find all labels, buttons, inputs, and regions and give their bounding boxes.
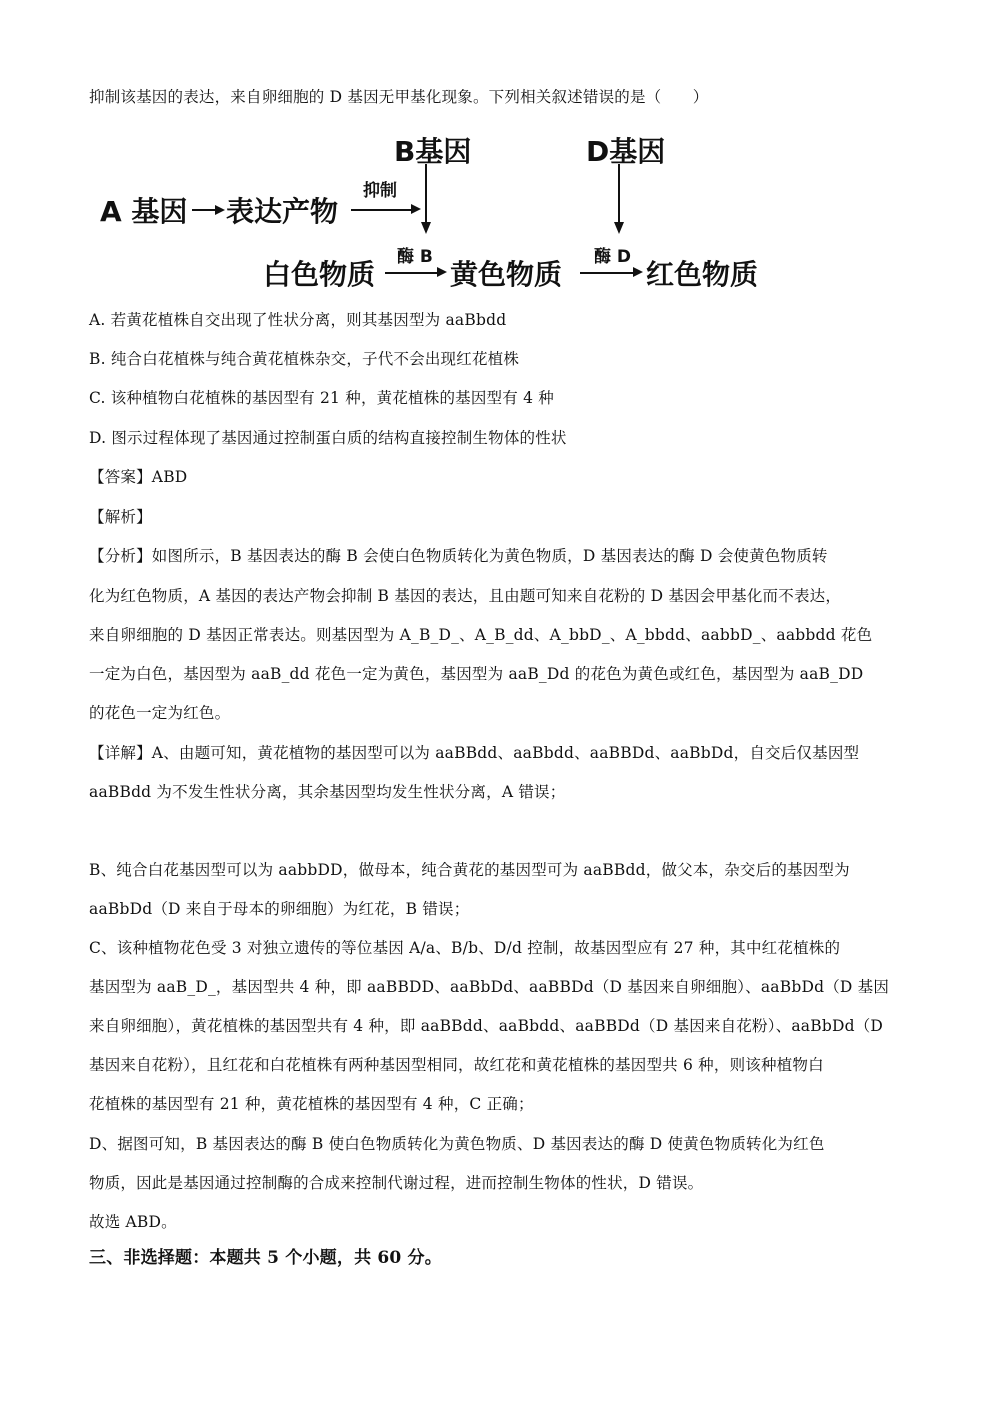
section-heading: 三、非选择题：本题共 5 个小题，共 60 分。	[89, 1248, 442, 1268]
question-stem: 抑制该基因的表达，来自卵细胞的 D 基因无甲基化现象。下列相关叙述错误的是（ ）	[89, 87, 708, 107]
detail-c-line: 花植株的基因型有 21 种，黄花植株的基因型有 4 种，C 正确；	[89, 1094, 534, 1114]
detail-d-line: 物质，因此是基因通过控制酶的合成来控制代谢过程，进而控制生物体的性状，D 错误。	[89, 1173, 703, 1193]
arrow-down-icon	[614, 222, 624, 234]
analysis-line: 来自卵细胞的 D 基因正常表达。则基因型为 A_B_D_、A_B_dd、A_bb…	[89, 625, 872, 645]
option-b: B. 纯合白花植株与纯合黄花植株杂交，子代不会出现红花植株	[89, 349, 519, 369]
a-gene-label: A 基因	[100, 190, 187, 230]
inhibit-line	[351, 209, 413, 211]
detail-c-line: 来自卵细胞），黄花植株的基因型共有 4 种，即 aaBBdd、aaBbdd、aa…	[89, 1016, 883, 1036]
a-to-product-line	[192, 209, 217, 211]
yellow-to-red-line	[580, 272, 635, 274]
option-d: D. 图示过程体现了基因通过控制蛋白质的结构直接控制生物体的性状	[89, 428, 567, 448]
answer: 【答案】ABD	[89, 467, 187, 487]
arrow-right-icon	[411, 204, 421, 214]
arrow-down-icon	[421, 222, 431, 234]
analysis-line: 一定为白色，基因型为 aaB_dd 花色一定为黄色，基因型为 aaB_Dd 的花…	[89, 664, 863, 684]
detail-c-line: 基因来自花粉），且红花和白花植株有两种基因型相同，故红花和黄花植株的基因型共 6…	[89, 1055, 824, 1075]
expression-product-label: 表达产物	[226, 190, 338, 230]
d-gene-label: D基因	[586, 130, 665, 170]
red-substance-label: 红色物质	[646, 253, 758, 293]
detail-c-line: C、该种植物花色受 3 对独立遗传的等位基因 A/a、B/b、D/d 控制，故基…	[89, 938, 840, 958]
analysis-heading: 【解析】	[89, 507, 152, 527]
yellow-substance-label: 黄色物质	[450, 253, 562, 293]
detail-c-line: 基因型为 aaB_D_，基因型共 4 种，即 aaBBDD、aaBbDd、aaB…	[89, 977, 889, 997]
detail-line: 【详解】A、由题可知，黄花植物的基因型可以为 aaBBdd、aaBbdd、aaB…	[89, 743, 859, 763]
option-a: A. 若黄花植株自交出现了性状分离，则其基因型为 aaBbdd	[89, 310, 506, 330]
enzyme-d-label: 酶 D	[594, 242, 631, 267]
b-gene-label: B基因	[394, 130, 471, 170]
arrow-right-icon	[633, 267, 643, 277]
white-substance-label: 白色物质	[263, 253, 375, 293]
detail-b-line: aaBbDd（D 来自于母本的卵细胞）为红花，B 错误；	[89, 899, 469, 919]
detail-line: aaBBdd 为不发生性状分离，其余基因型均发生性状分离，A 错误；	[89, 782, 565, 802]
gene-pathway-diagram: B基因 D基因 A 基因 表达产物 抑制 白色物质 酶 B 黄色物质 酶 D 红…	[95, 128, 795, 293]
enzyme-b-label: 酶 B	[397, 242, 433, 267]
white-to-yellow-line	[385, 272, 439, 274]
arrow-right-icon	[215, 205, 225, 215]
conclusion: 故选 ABD。	[89, 1212, 177, 1232]
arrow-right-icon	[437, 267, 447, 277]
inhibit-label: 抑制	[363, 176, 397, 201]
analysis-line: 的花色一定为红色。	[89, 703, 230, 723]
detail-b-line: B、纯合白花基因型可以为 aabbDD，做母本，纯合黄花的基因型可为 aaBBd…	[89, 860, 850, 880]
analysis-line: 【分析】如图所示，B 基因表达的酶 B 会使白色物质转化为黄色物质，D 基因表达…	[89, 546, 828, 566]
detail-d-line: D、据图可知，B 基因表达的酶 B 使白色物质转化为黄色物质、D 基因表达的酶 …	[89, 1134, 825, 1154]
d-gene-line	[618, 164, 620, 224]
analysis-line: 化为红色物质，A 基因的表达产物会抑制 B 基因的表达，且由题可知来自花粉的 D…	[89, 586, 841, 606]
option-c: C. 该种植物白花植株的基因型有 21 种，黄花植株的基因型有 4 种	[89, 388, 554, 408]
b-gene-line	[425, 164, 427, 224]
